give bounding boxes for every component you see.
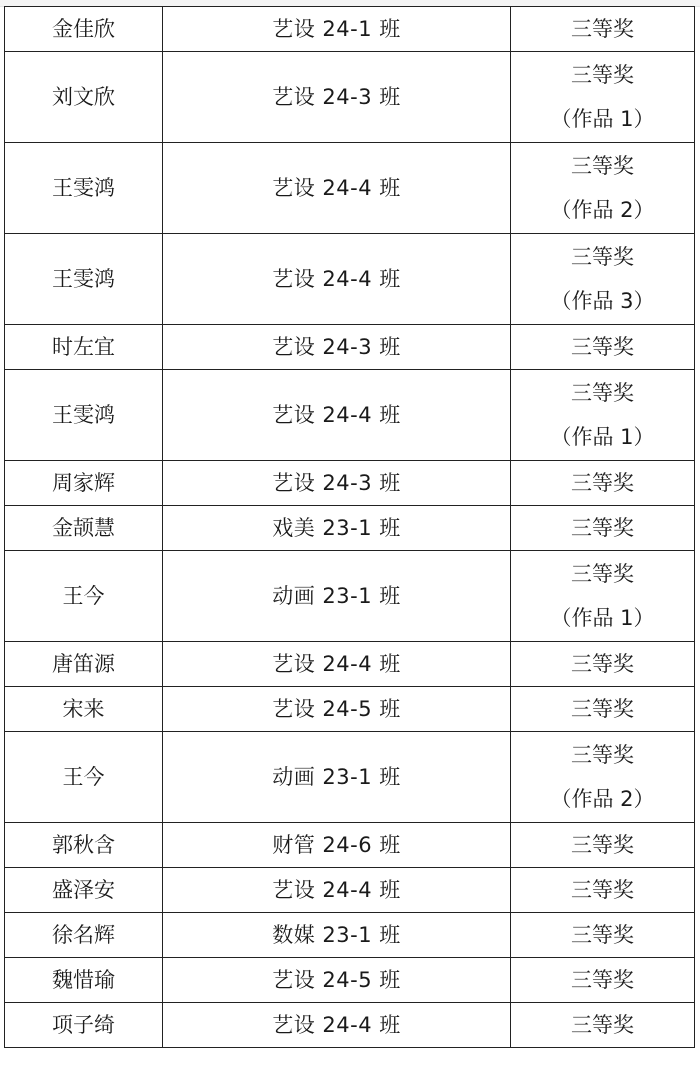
table-row: 王今 动画 23-1 班 三等奖 （作品 1）	[5, 551, 695, 642]
award-note: （作品 3）	[511, 279, 694, 323]
table-row: 时左宜 艺设 24-3 班 三等奖	[5, 325, 695, 370]
award-cell: 三等奖	[511, 823, 695, 868]
name-cell: 宋来	[5, 687, 163, 732]
table-row: 王今 动画 23-1 班 三等奖 （作品 2）	[5, 732, 695, 823]
class-cell: 艺设 24-4 班	[163, 143, 511, 234]
name-cell: 唐笛源	[5, 642, 163, 687]
award-cell: 三等奖 （作品 1）	[511, 551, 695, 642]
class-cell: 动画 23-1 班	[163, 551, 511, 642]
table-row: 金佳欣 艺设 24-1 班 三等奖	[5, 7, 695, 52]
award-cell: 三等奖	[511, 7, 695, 52]
class-cell: 戏美 23-1 班	[163, 506, 511, 551]
award-cell: 三等奖 （作品 2）	[511, 732, 695, 823]
class-cell: 艺设 24-4 班	[163, 868, 511, 913]
award-cell: 三等奖	[511, 868, 695, 913]
award-cell: 三等奖	[511, 642, 695, 687]
award-cell: 三等奖 （作品 3）	[511, 234, 695, 325]
award-label: 三等奖	[511, 687, 694, 731]
award-label: 三等奖	[511, 235, 694, 279]
name-cell: 金佳欣	[5, 7, 163, 52]
award-cell: 三等奖 （作品 1）	[511, 52, 695, 143]
awards-table-body: 金佳欣 艺设 24-1 班 三等奖 刘文欣 艺设 24-3 班 三等奖 （作品 …	[5, 7, 695, 1048]
award-label: 三等奖	[511, 958, 694, 1002]
table-row: 魏惜瑜 艺设 24-5 班 三等奖	[5, 958, 695, 1003]
award-cell: 三等奖	[511, 958, 695, 1003]
class-cell: 艺设 24-5 班	[163, 958, 511, 1003]
name-cell: 时左宜	[5, 325, 163, 370]
table-row: 王雯鸿 艺设 24-4 班 三等奖 （作品 2）	[5, 143, 695, 234]
name-cell: 王今	[5, 551, 163, 642]
table-row: 徐名辉 数媒 23-1 班 三等奖	[5, 913, 695, 958]
name-cell: 周家辉	[5, 461, 163, 506]
award-cell: 三等奖 （作品 2）	[511, 143, 695, 234]
name-cell: 王雯鸿	[5, 370, 163, 461]
award-label: 三等奖	[511, 1003, 694, 1047]
award-cell: 三等奖	[511, 506, 695, 551]
award-cell: 三等奖 （作品 1）	[511, 370, 695, 461]
name-cell: 项子绮	[5, 1003, 163, 1048]
award-cell: 三等奖	[511, 687, 695, 732]
name-cell: 盛泽安	[5, 868, 163, 913]
award-label: 三等奖	[511, 461, 694, 505]
table-row: 郭秋含 财管 24-6 班 三等奖	[5, 823, 695, 868]
name-cell: 金颉慧	[5, 506, 163, 551]
award-label: 三等奖	[511, 144, 694, 188]
class-cell: 动画 23-1 班	[163, 732, 511, 823]
table-row: 唐笛源 艺设 24-4 班 三等奖	[5, 642, 695, 687]
award-label: 三等奖	[511, 868, 694, 912]
name-cell: 徐名辉	[5, 913, 163, 958]
award-note: （作品 1）	[511, 596, 694, 640]
award-cell: 三等奖	[511, 913, 695, 958]
award-label: 三等奖	[511, 371, 694, 415]
award-note: （作品 1）	[511, 97, 694, 141]
award-label: 三等奖	[511, 506, 694, 550]
award-label: 三等奖	[511, 325, 694, 369]
class-cell: 艺设 24-3 班	[163, 52, 511, 143]
award-label: 三等奖	[511, 733, 694, 777]
class-cell: 艺设 24-4 班	[163, 642, 511, 687]
table-row: 项子绮 艺设 24-4 班 三等奖	[5, 1003, 695, 1048]
table-row: 盛泽安 艺设 24-4 班 三等奖	[5, 868, 695, 913]
award-cell: 三等奖	[511, 325, 695, 370]
award-cell: 三等奖	[511, 1003, 695, 1048]
table-row: 王雯鸿 艺设 24-4 班 三等奖 （作品 3）	[5, 234, 695, 325]
award-label: 三等奖	[511, 823, 694, 867]
class-cell: 艺设 24-4 班	[163, 1003, 511, 1048]
name-cell: 魏惜瑜	[5, 958, 163, 1003]
name-cell: 王雯鸿	[5, 234, 163, 325]
name-cell: 王今	[5, 732, 163, 823]
class-cell: 财管 24-6 班	[163, 823, 511, 868]
table-row: 刘文欣 艺设 24-3 班 三等奖 （作品 1）	[5, 52, 695, 143]
table-row: 宋来 艺设 24-5 班 三等奖	[5, 687, 695, 732]
class-cell: 艺设 24-1 班	[163, 7, 511, 52]
name-cell: 郭秋含	[5, 823, 163, 868]
class-cell: 艺设 24-4 班	[163, 370, 511, 461]
award-cell: 三等奖	[511, 461, 695, 506]
awards-table: 金佳欣 艺设 24-1 班 三等奖 刘文欣 艺设 24-3 班 三等奖 （作品 …	[4, 6, 695, 1048]
award-note: （作品 2）	[511, 777, 694, 821]
award-label: 三等奖	[511, 53, 694, 97]
class-cell: 艺设 24-3 班	[163, 325, 511, 370]
award-label: 三等奖	[511, 913, 694, 957]
award-note: （作品 2）	[511, 188, 694, 232]
table-row: 周家辉 艺设 24-3 班 三等奖	[5, 461, 695, 506]
table-row: 王雯鸿 艺设 24-4 班 三等奖 （作品 1）	[5, 370, 695, 461]
name-cell: 王雯鸿	[5, 143, 163, 234]
award-label: 三等奖	[511, 552, 694, 596]
award-label: 三等奖	[511, 642, 694, 686]
class-cell: 数媒 23-1 班	[163, 913, 511, 958]
class-cell: 艺设 24-3 班	[163, 461, 511, 506]
award-note: （作品 1）	[511, 415, 694, 459]
class-cell: 艺设 24-4 班	[163, 234, 511, 325]
table-row: 金颉慧 戏美 23-1 班 三等奖	[5, 506, 695, 551]
name-cell: 刘文欣	[5, 52, 163, 143]
award-label: 三等奖	[511, 7, 694, 51]
class-cell: 艺设 24-5 班	[163, 687, 511, 732]
